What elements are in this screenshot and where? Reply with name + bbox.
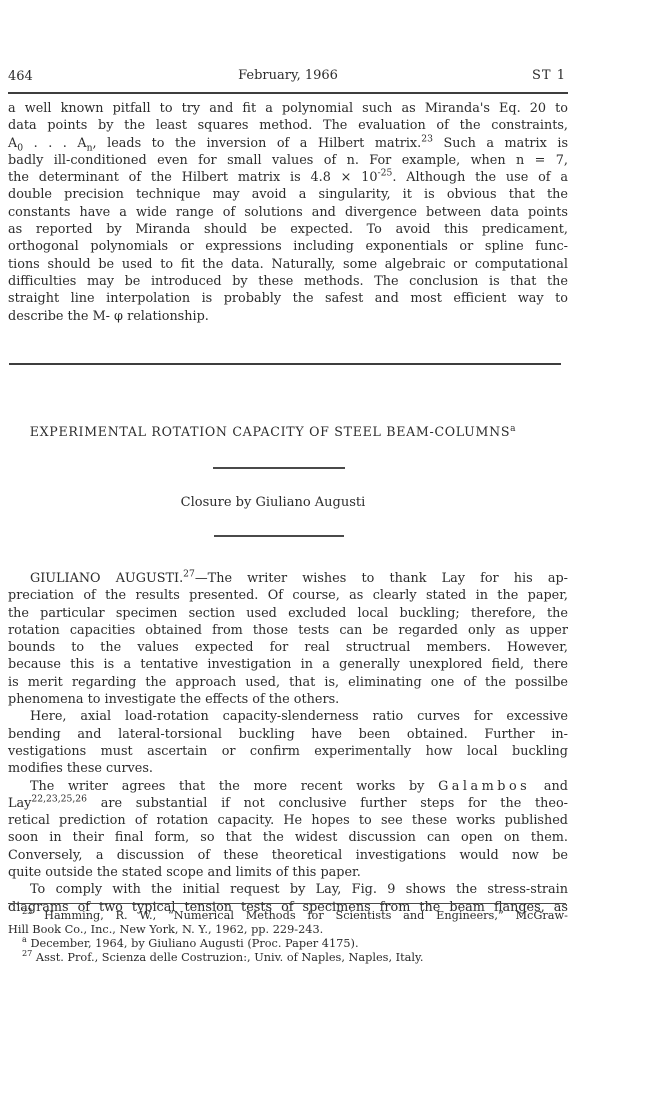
- text-line: tions should be used to fit the data. Na…: [8, 256, 568, 273]
- page-header: 464 February, 1966 ST 1: [8, 68, 568, 85]
- text-segment: Here, axial load-rotation capacity-slend…: [30, 709, 568, 724]
- section-divider-rule: [9, 363, 561, 365]
- text-line: Lay22,23,25,26 are substantial if not co…: [8, 795, 568, 812]
- script-marker: -25: [378, 168, 393, 179]
- text-segment: tions should be used to fit the data. Na…: [8, 257, 568, 272]
- text-segment: vestigations must ascertain or confirm e…: [8, 744, 568, 759]
- text-segment: are substantial if not conclusive furthe…: [87, 796, 568, 811]
- footnote-rule: [8, 903, 566, 904]
- text-segment: . . . A: [23, 136, 86, 151]
- text-line: straight line interpolation is probably …: [8, 290, 568, 307]
- text-segment: —The writer wishes to thank Lay for his …: [195, 571, 568, 586]
- text-line: A0 . . . An, leads to the inversion of a…: [8, 135, 568, 152]
- text-line: The writer agrees that the more recent w…: [8, 778, 568, 795]
- text-segment: December, 1964, by Giuliano Augusti (Pro…: [27, 937, 359, 950]
- text-line: To comply with the initial request by La…: [8, 881, 568, 898]
- text-line: Here, axial load-rotation capacity-slend…: [8, 708, 568, 725]
- text-segment: Hamming, R. W., “Numerical Methods for S…: [32, 909, 568, 922]
- text-segment: badly ill-conditioned even for small val…: [8, 153, 568, 168]
- text-segment: The writer agrees that the more recent w…: [30, 779, 438, 794]
- ornament-rule-top: [213, 467, 345, 469]
- text-line: phenomena to investigate the effects of …: [8, 691, 568, 708]
- article-title-text: EXPERIMENTAL ROTATION CAPACITY OF STEEL …: [30, 424, 510, 439]
- text-line: 23 Hamming, R. W., “Numerical Methods fo…: [8, 909, 568, 923]
- footnotes: 23 Hamming, R. W., “Numerical Methods fo…: [8, 909, 568, 965]
- text-line: badly ill-conditioned even for small val…: [8, 152, 568, 169]
- text-segment: a well known pitfall to try and fit a po…: [8, 101, 568, 116]
- text-segment: Hill Book Co., Inc., New York, N. Y., 19…: [8, 923, 323, 936]
- text-line: difficulties may be introduced by these …: [8, 273, 568, 290]
- text-segment: describe the M- φ relationship.: [8, 309, 209, 324]
- text-segment: . Although the use of a: [392, 170, 568, 185]
- issue-code: ST 1: [532, 68, 566, 83]
- script-marker: 27: [183, 569, 195, 580]
- script-marker: 27: [22, 948, 32, 958]
- text-line: orthogonal polynomials or expressions in…: [8, 238, 568, 255]
- text-line: constants have a wide range of solutions…: [8, 204, 568, 221]
- text-segment: Lay: [8, 796, 31, 811]
- text-line: GIULIANO AUGUSTI.27—The writer wishes to…: [8, 570, 568, 587]
- text-segment: retical prediction of rotation capacity.…: [8, 813, 568, 828]
- text-line: describe the M- φ relationship.: [8, 308, 568, 325]
- text-segment: double precision technique may avoid a s…: [8, 187, 568, 202]
- text-segment: and: [530, 779, 568, 794]
- text-segment: , leads to the inversion of a Hilbert ma…: [93, 136, 422, 151]
- text-segment: the particular specimen section used exc…: [8, 606, 568, 621]
- title-footnote-marker: a: [510, 424, 516, 434]
- text-line: bending and lateral-torsional buckling h…: [8, 726, 568, 743]
- journal-page: 464 February, 1966 ST 1 a well known pit…: [0, 0, 650, 1099]
- text-segment: Conversely, a discussion of these theore…: [8, 848, 568, 863]
- header-rule: [8, 92, 568, 94]
- text-segment: the determinant of the Hilbert matrix is…: [8, 170, 378, 185]
- text-segment: because this is a tentative investigatio…: [8, 657, 568, 672]
- journal-date: February, 1966: [8, 68, 568, 83]
- text-segment: Such a matrix is: [433, 136, 568, 151]
- text-line: double precision technique may avoid a s…: [8, 186, 568, 203]
- text-line: as reported by Miranda should be expecte…: [8, 221, 568, 238]
- text-line: a well known pitfall to try and fit a po…: [8, 100, 568, 117]
- text-line: Conversely, a discussion of these theore…: [8, 847, 568, 864]
- body-paragraphs: GIULIANO AUGUSTI.27—The writer wishes to…: [8, 570, 568, 916]
- text-segment: orthogonal polynomials or expressions in…: [8, 239, 568, 254]
- text-segment: constants have a wide range of solutions…: [8, 205, 568, 220]
- text-segment: straight line interpolation is probably …: [8, 291, 568, 306]
- script-marker: 23: [421, 133, 433, 144]
- text-line: 27 Asst. Prof., Scienza delle Costruzion…: [8, 951, 568, 965]
- text-segment: bending and lateral-torsional buckling h…: [8, 727, 568, 742]
- text-line: retical prediction of rotation capacity.…: [8, 812, 568, 829]
- text-segment: data points by the least squares method.…: [8, 118, 568, 133]
- text-line: modifies these curves.: [8, 760, 568, 777]
- text-segment: preciation of the results presented. Of …: [8, 588, 568, 603]
- text-segment: phenomena to investigate the effects of …: [8, 692, 339, 707]
- text-segment: GIULIANO AUGUSTI.: [30, 571, 183, 586]
- text-line: vestigations must ascertain or confirm e…: [8, 743, 568, 760]
- text-segment: rotation capacities obtained from those …: [8, 623, 568, 638]
- closure-byline: Closure by Giuliano Augusti: [8, 495, 538, 510]
- script-marker: 22,23,25,26: [31, 794, 87, 805]
- text-segment: as reported by Miranda should be expecte…: [8, 222, 568, 237]
- text-line: a December, 1964, by Giuliano Augusti (P…: [8, 937, 568, 951]
- text-line: preciation of the results presented. Of …: [8, 587, 568, 604]
- text-segment: Galambos: [438, 779, 530, 794]
- text-line: quite outside the stated scope and limit…: [8, 864, 568, 881]
- text-segment: modifies these curves.: [8, 761, 153, 776]
- text-line: rotation capacities obtained from those …: [8, 622, 568, 639]
- text-line: bounds to the values expected for real s…: [8, 639, 568, 656]
- text-segment: To comply with the initial request by La…: [30, 882, 568, 897]
- text-line: data points by the least squares method.…: [8, 117, 568, 134]
- text-segment: A: [8, 136, 17, 151]
- text-line: soon in their final form, so that the wi…: [8, 829, 568, 846]
- text-segment: bounds to the values expected for real s…: [8, 640, 568, 655]
- text-segment: is merit regarding the approach used, th…: [8, 675, 568, 690]
- text-segment: soon in their final form, so that the wi…: [8, 830, 568, 845]
- ornament-rule-bottom: [214, 535, 344, 537]
- text-line: Hill Book Co., Inc., New York, N. Y., 19…: [8, 923, 568, 937]
- text-segment: quite outside the stated scope and limit…: [8, 865, 361, 880]
- script-marker: 23: [22, 906, 32, 916]
- text-line: the particular specimen section used exc…: [8, 605, 568, 622]
- text-line: the determinant of the Hilbert matrix is…: [8, 169, 568, 186]
- intro-paragraphs: a well known pitfall to try and fit a po…: [8, 100, 568, 325]
- text-line: is merit regarding the approach used, th…: [8, 674, 568, 691]
- article-title: EXPERIMENTAL ROTATION CAPACITY OF STEEL …: [8, 424, 538, 439]
- text-segment: difficulties may be introduced by these …: [8, 274, 568, 289]
- text-segment: Asst. Prof., Scienza delle Costruzion:, …: [32, 951, 423, 964]
- text-line: because this is a tentative investigatio…: [8, 656, 568, 673]
